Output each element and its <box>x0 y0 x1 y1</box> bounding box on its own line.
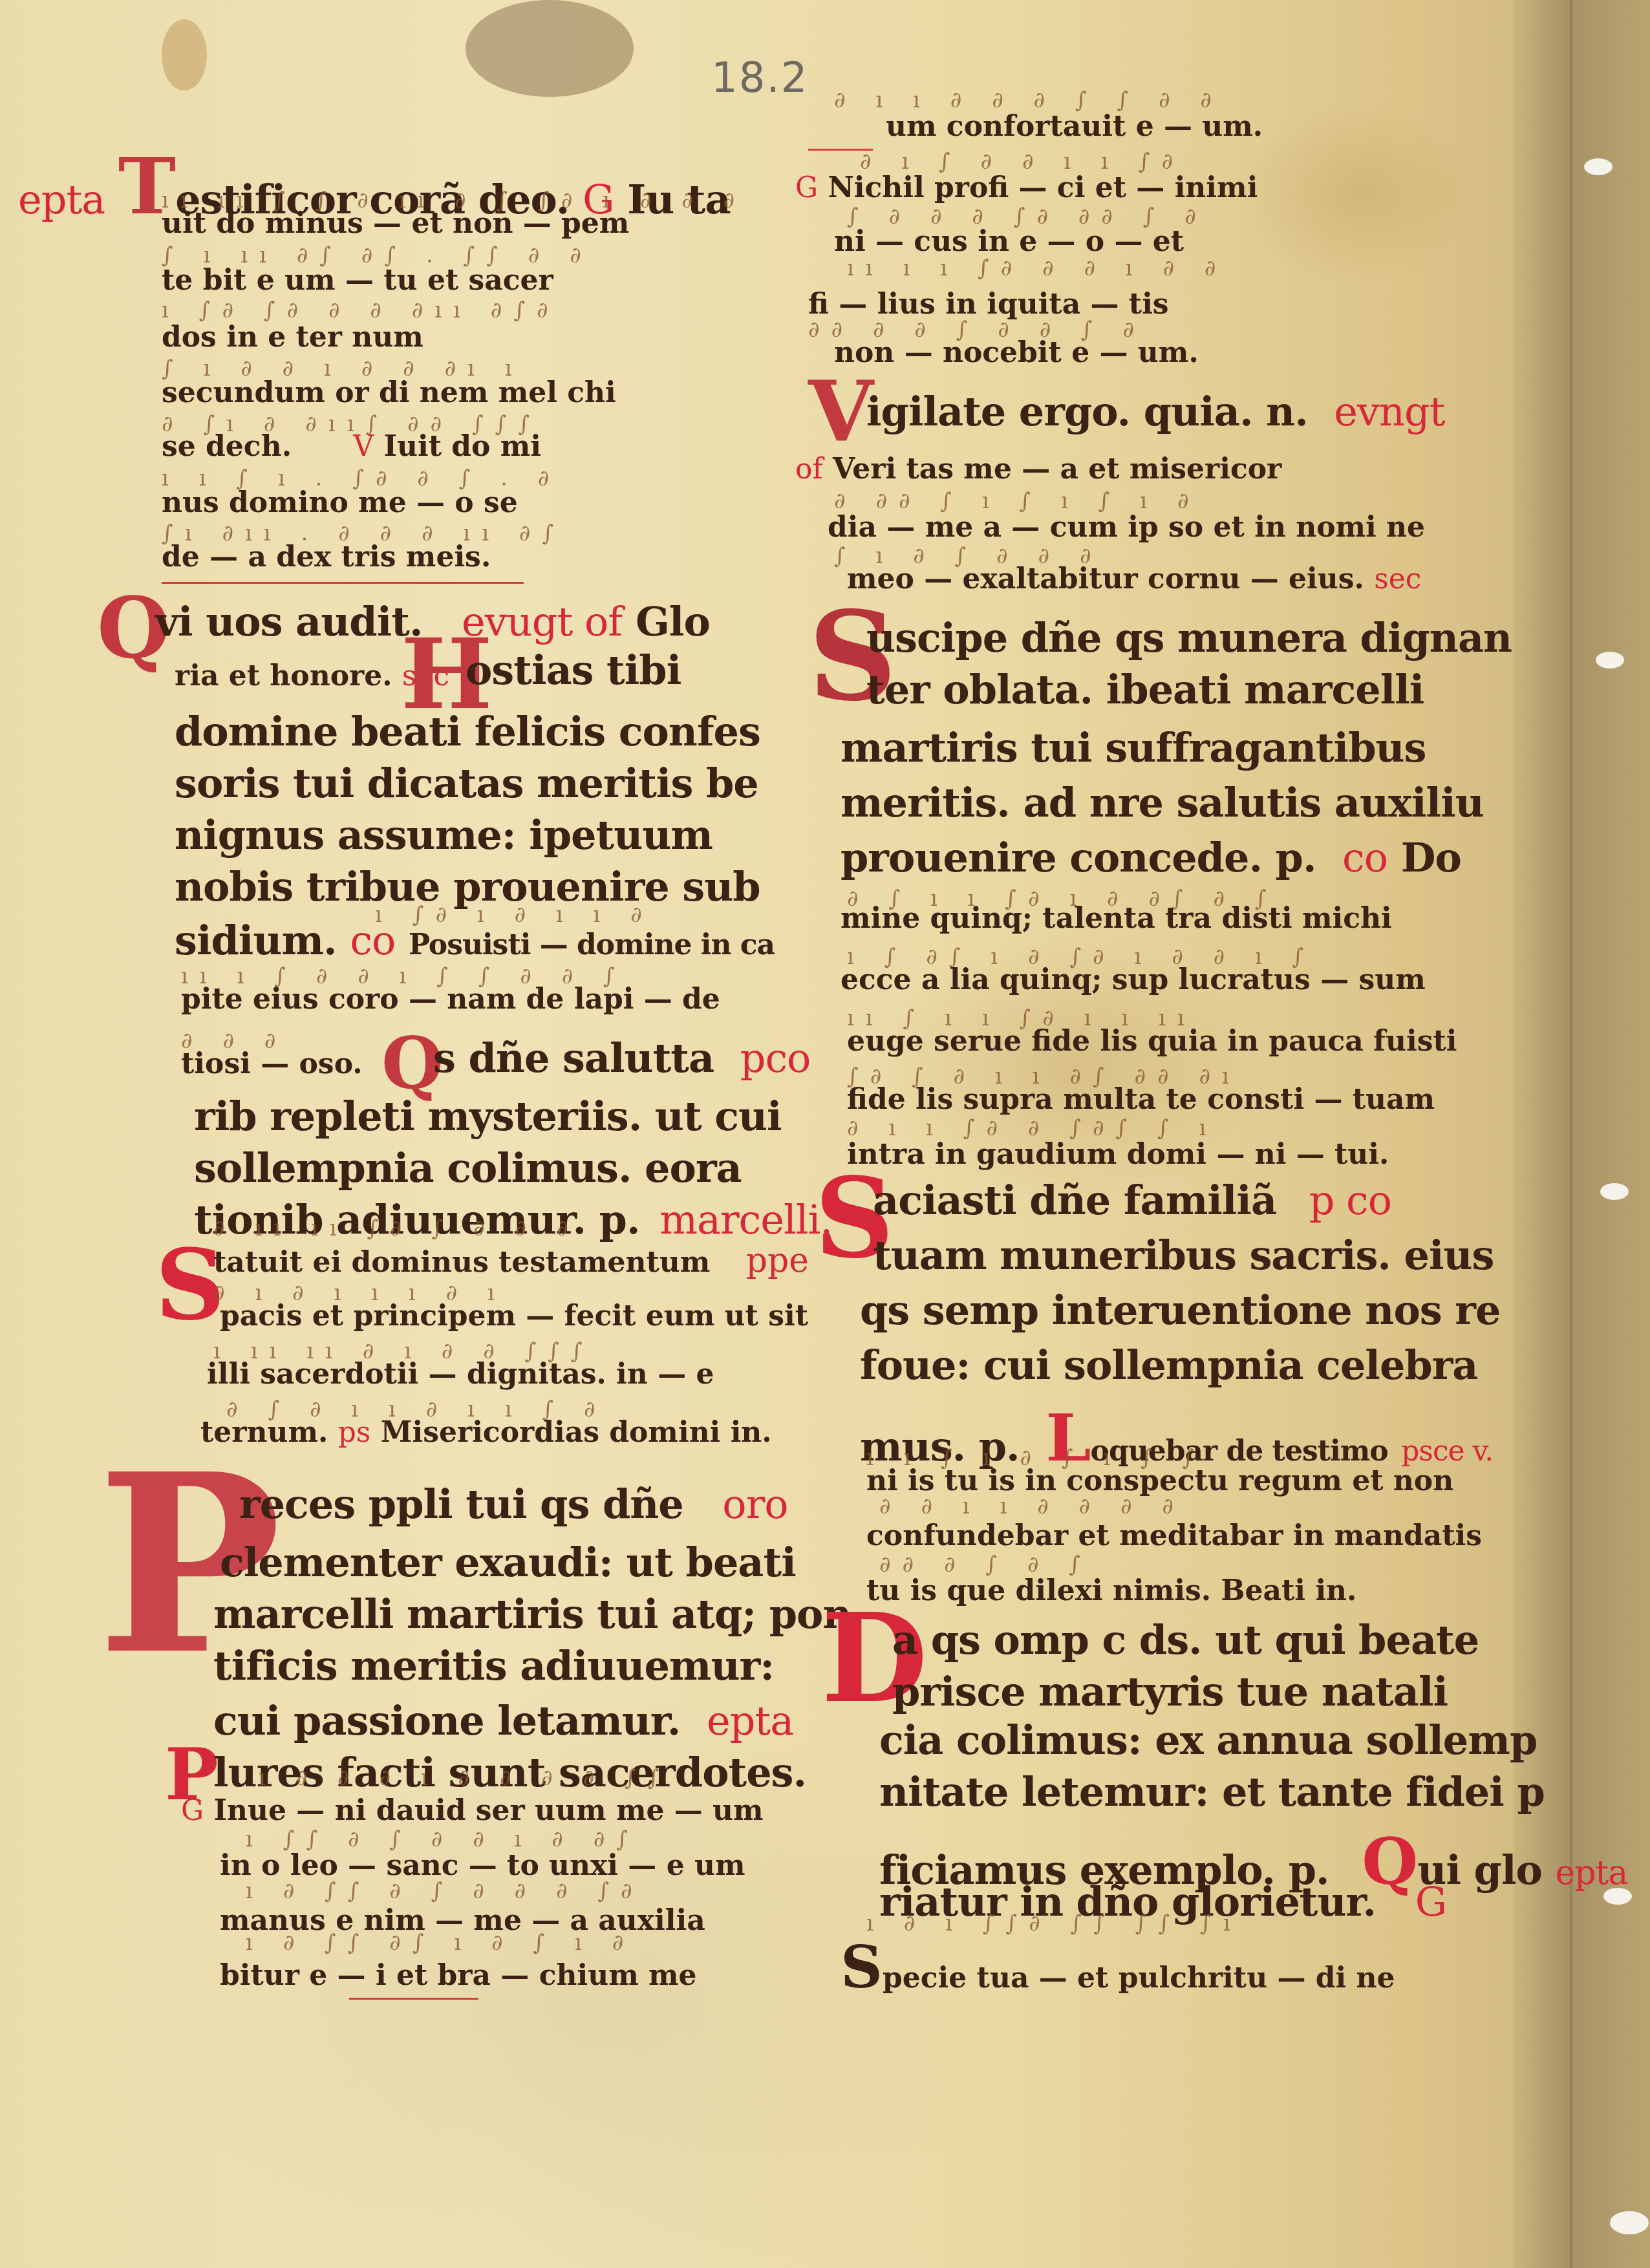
text-line: clementer exaudi: ut beati <box>220 1539 796 1586</box>
text-line: uscipe dñe qs munera dignan <box>866 614 1512 661</box>
rubric: evngt <box>1334 388 1444 435</box>
text-line: meo — exaltabitur cornu — eius. sec <box>847 562 1421 595</box>
rubric: psce v. <box>1401 1435 1493 1468</box>
line-text: sidium. <box>175 917 337 964</box>
decorated-initial: S <box>841 1933 883 2002</box>
text-line: ecce a lia quinq; sup lucratus — sum <box>841 963 1426 996</box>
neumes: ıı ı ı ∫∂ ∂ ∂ ı ∂ ∂ <box>847 255 1227 281</box>
text-line: sollempnia colimus. eora <box>194 1144 742 1192</box>
text-line: G Nichil profi — ci et — inimi <box>795 171 1258 204</box>
neumes: ∂ ı ı ∂ ∂ ∂ ∫ ∫ ∂ ∂ <box>834 87 1223 113</box>
text-line: confundebar et meditabar in mandatis <box>866 1519 1482 1552</box>
rubric: V <box>353 430 374 463</box>
text-line: dia — me a — cum ip so et in nomi ne <box>828 511 1425 544</box>
text-line: cia colimus: ex annua sollemp <box>879 1717 1537 1764</box>
neumes: ∂ ı ı ∫∂ ∂ ∫∂∫ ∫ ı <box>847 1115 1217 1141</box>
text-line: te bit e um — tu et sacer <box>162 264 553 297</box>
text-line: foue: cui sollempnia celebra <box>860 1342 1478 1389</box>
text-line: fide lis supra multa te consti — tuam <box>847 1083 1435 1116</box>
text-line: Specie tua — et pulchritu — di ne <box>841 1933 1395 2002</box>
text-line: ternum. ps Misericordias domini in. <box>200 1416 772 1449</box>
rubric: epta <box>1555 1854 1627 1892</box>
left-column: epta Testificor corã deo. G Iu ta ıı ıı … <box>0 0 808 2268</box>
line-text: s dñe salutta <box>433 1034 714 1082</box>
right-column: ∂ ı ı ∂ ∂ ∂ ∫ ∫ ∂ ∂ um confortauit e — u… <box>795 0 1539 2268</box>
rubric: sec <box>1374 562 1421 595</box>
text-line: dos in e ter num <box>162 321 423 354</box>
neumes: ı ∂ ∂ ∂ ı ∂ ∂ ∂ ∂ ∫∫ <box>259 1765 671 1791</box>
line-text: pecie tua — et pulchritu — di ne <box>883 1962 1395 1995</box>
text-line: cui passione letamur. epta <box>213 1697 793 1744</box>
text-line: ter oblata. ibeati marcelli <box>866 666 1424 713</box>
line-text: Veri tas me — a et misericor <box>833 453 1281 486</box>
rubric: epta <box>707 1697 793 1744</box>
text-line: um confortauit e — um. <box>886 110 1263 143</box>
rubric: epta <box>18 176 105 223</box>
text-line: tificis meritis adiuuemur: <box>213 1642 774 1689</box>
line-text: prouenire concede. p. <box>841 834 1316 881</box>
text-line: intra in gaudium domi — ni — tui. <box>847 1138 1389 1171</box>
rubric: co <box>1342 834 1387 881</box>
manuscript-page: 18.2 epta Testificor corã deo. G Iu ta ı… <box>0 0 1650 2268</box>
text-line: meritis. ad nre salutis auxiliu <box>841 779 1484 826</box>
line-text: igilate ergo. quia. n. <box>866 388 1308 435</box>
text-line: bitur e — i et bra — chium me <box>220 1959 697 1992</box>
text-line: non — nocebit e — um. <box>834 336 1199 369</box>
text-line: tu is que dilexi nimis. Beati in. <box>866 1574 1356 1607</box>
binding-hole <box>1610 2211 1649 2234</box>
text-line: euge serue fide lis quia in pauca fuisti <box>847 1025 1457 1058</box>
text-line: mine quinq; talenta tra disti michi <box>841 902 1392 935</box>
text-line: s dñe salutta pco <box>433 1034 810 1082</box>
text-line: se dech. V Iuit do mi <box>162 430 541 463</box>
rubric: ps <box>338 1416 371 1449</box>
text-line: sidium. co Posuisti — domine in ca <box>175 917 775 964</box>
text-line: a qs omp c ds. ut qui beate <box>892 1616 1479 1664</box>
decorated-initial: V <box>808 362 873 461</box>
line-text: reces ppli tui qs dñe <box>239 1481 683 1528</box>
neumes: ∂ ıı ıı ∫∂ ∫ ∂ ∂ ∂ <box>213 1215 579 1241</box>
line-text: aciasti dñe familiã <box>873 1177 1276 1224</box>
line-text: vi uos audit. <box>155 598 422 645</box>
text-line: tiosi — oso. <box>181 1047 363 1080</box>
text-line: prouenire concede. p. co Do <box>841 834 1461 881</box>
rubric: G <box>181 1794 204 1827</box>
line-text: ria et honore. <box>175 659 392 692</box>
text-line: G Inue — ni dauid ser uum me — um <box>181 1794 764 1827</box>
neumes: ı ∫∂ ∫∂ ∂ ∂ ∂ıı ∂∫∂ <box>162 297 560 323</box>
line-text: Posuisti — domine in ca <box>409 928 775 961</box>
text-line: ni is tu is in conspectu regum et non <box>866 1464 1453 1497</box>
text-line: ni — cus in e — o — et <box>834 225 1184 258</box>
text-line: tatuit ei dominus testamentum ppe <box>213 1241 809 1280</box>
text-line: prisce martyris tue natali <box>892 1668 1448 1715</box>
neumes: ı ∫∫ ∂ ∫ ∂ ∂ ı ∂ ∂∫ <box>246 1826 639 1852</box>
text-line: pacis et principem — fecit eum ut sit <box>220 1300 808 1332</box>
neumes: ∂ ∂ ı ı ∂ ∂ ∂ ∂ <box>879 1493 1185 1519</box>
text-line: uit do minus — et non — pem <box>162 207 629 240</box>
neumes: ∂∂ ∂ ∫ ∂ ∫ <box>879 1552 1092 1578</box>
binding-hole <box>1584 158 1612 175</box>
text-line: igilate ergo. quia. n. evngt <box>866 388 1445 435</box>
binding-hole <box>1600 1183 1629 1200</box>
text-line: de — a dex tris meis. <box>162 540 491 573</box>
text-line: soris tui dicatas meritis be <box>175 760 758 807</box>
line-text: se dech. <box>162 430 292 463</box>
text-line: nignus assume: ipetuum <box>175 811 712 859</box>
text-line: fi — lius in iquita — tis <box>808 288 1169 321</box>
text-line: nus domino me — o se <box>162 486 518 519</box>
rubric: G <box>795 171 818 204</box>
text-line: qs semp interuentione nos re <box>860 1287 1500 1334</box>
rubric: of <box>795 453 823 486</box>
text-line: in o leo — sanc — to unxi — e um <box>220 1849 745 1882</box>
line-text: Misericordias domini in. <box>381 1416 772 1449</box>
neumes: ∂ ı ∫ ∂ ∂ ı ı ∫∂ <box>860 149 1184 175</box>
text-line: of Veri tas me — a et misericor <box>795 453 1281 486</box>
text-line: aciasti dñe familiã p co <box>873 1177 1391 1224</box>
neumes: ı ∂ ∫∫ ∂ ∫ ∂ ∂ ∂ ∫∂ <box>246 1878 644 1904</box>
line-text: cui passione letamur. <box>213 1697 680 1744</box>
neumes: ı ∂ ı ∫∫∂ ∫∫ ∫∫ ∫ı <box>866 1910 1242 1936</box>
staff-guide-line <box>349 1998 478 2000</box>
text-line: illi sacerdotii — dignitas. in — e <box>207 1358 714 1391</box>
line-text: Iuit do mi <box>383 430 541 463</box>
text-line: tuam muneribus sacris. eius <box>873 1232 1494 1279</box>
rubric: G <box>1415 1878 1447 1925</box>
text-line: pite eius coro — nam de lapi — de <box>181 983 720 1016</box>
rubric: p co <box>1309 1177 1391 1224</box>
text-line: marcelli martiris tui atq; pon <box>213 1590 852 1638</box>
rubric: oro <box>722 1481 787 1528</box>
text-line: martiris tui suffragantibus <box>841 724 1426 771</box>
line-text: Glo <box>636 598 710 645</box>
neumes: ı ∂ ∫∫ ∂∫ ı ∂ ∫ ı ∂ <box>246 1930 635 1956</box>
binding-hole <box>1596 652 1624 669</box>
text-line: ostias tibi <box>466 647 681 694</box>
line-text: Nichil profi — ci et — inimi <box>828 171 1258 204</box>
neumes: ∂ ∂∂ ∫ ı ∫ ı ∫ ı ∂ <box>834 488 1201 514</box>
text-line: reces ppli tui qs dñe oro <box>239 1481 788 1528</box>
text-line: rib repleti mysteriis. ut cui <box>194 1093 782 1140</box>
line-text: Do <box>1401 834 1461 881</box>
margin-fold-line <box>1570 0 1572 2268</box>
rubric: co <box>350 917 395 964</box>
text-line: nitate letemur: et tante fidei p <box>879 1768 1545 1815</box>
staff-guide-line <box>162 582 524 584</box>
text-line: domine beati felicis confes <box>175 708 760 755</box>
text-line: secundum or di nem mel chi <box>162 376 616 409</box>
line-text: meo — exaltabitur cornu — eius. <box>847 562 1364 595</box>
line-text: tatuit ei dominus testamentum <box>213 1246 710 1279</box>
line-text: Inue — ni dauid ser uum me — um <box>213 1794 763 1827</box>
